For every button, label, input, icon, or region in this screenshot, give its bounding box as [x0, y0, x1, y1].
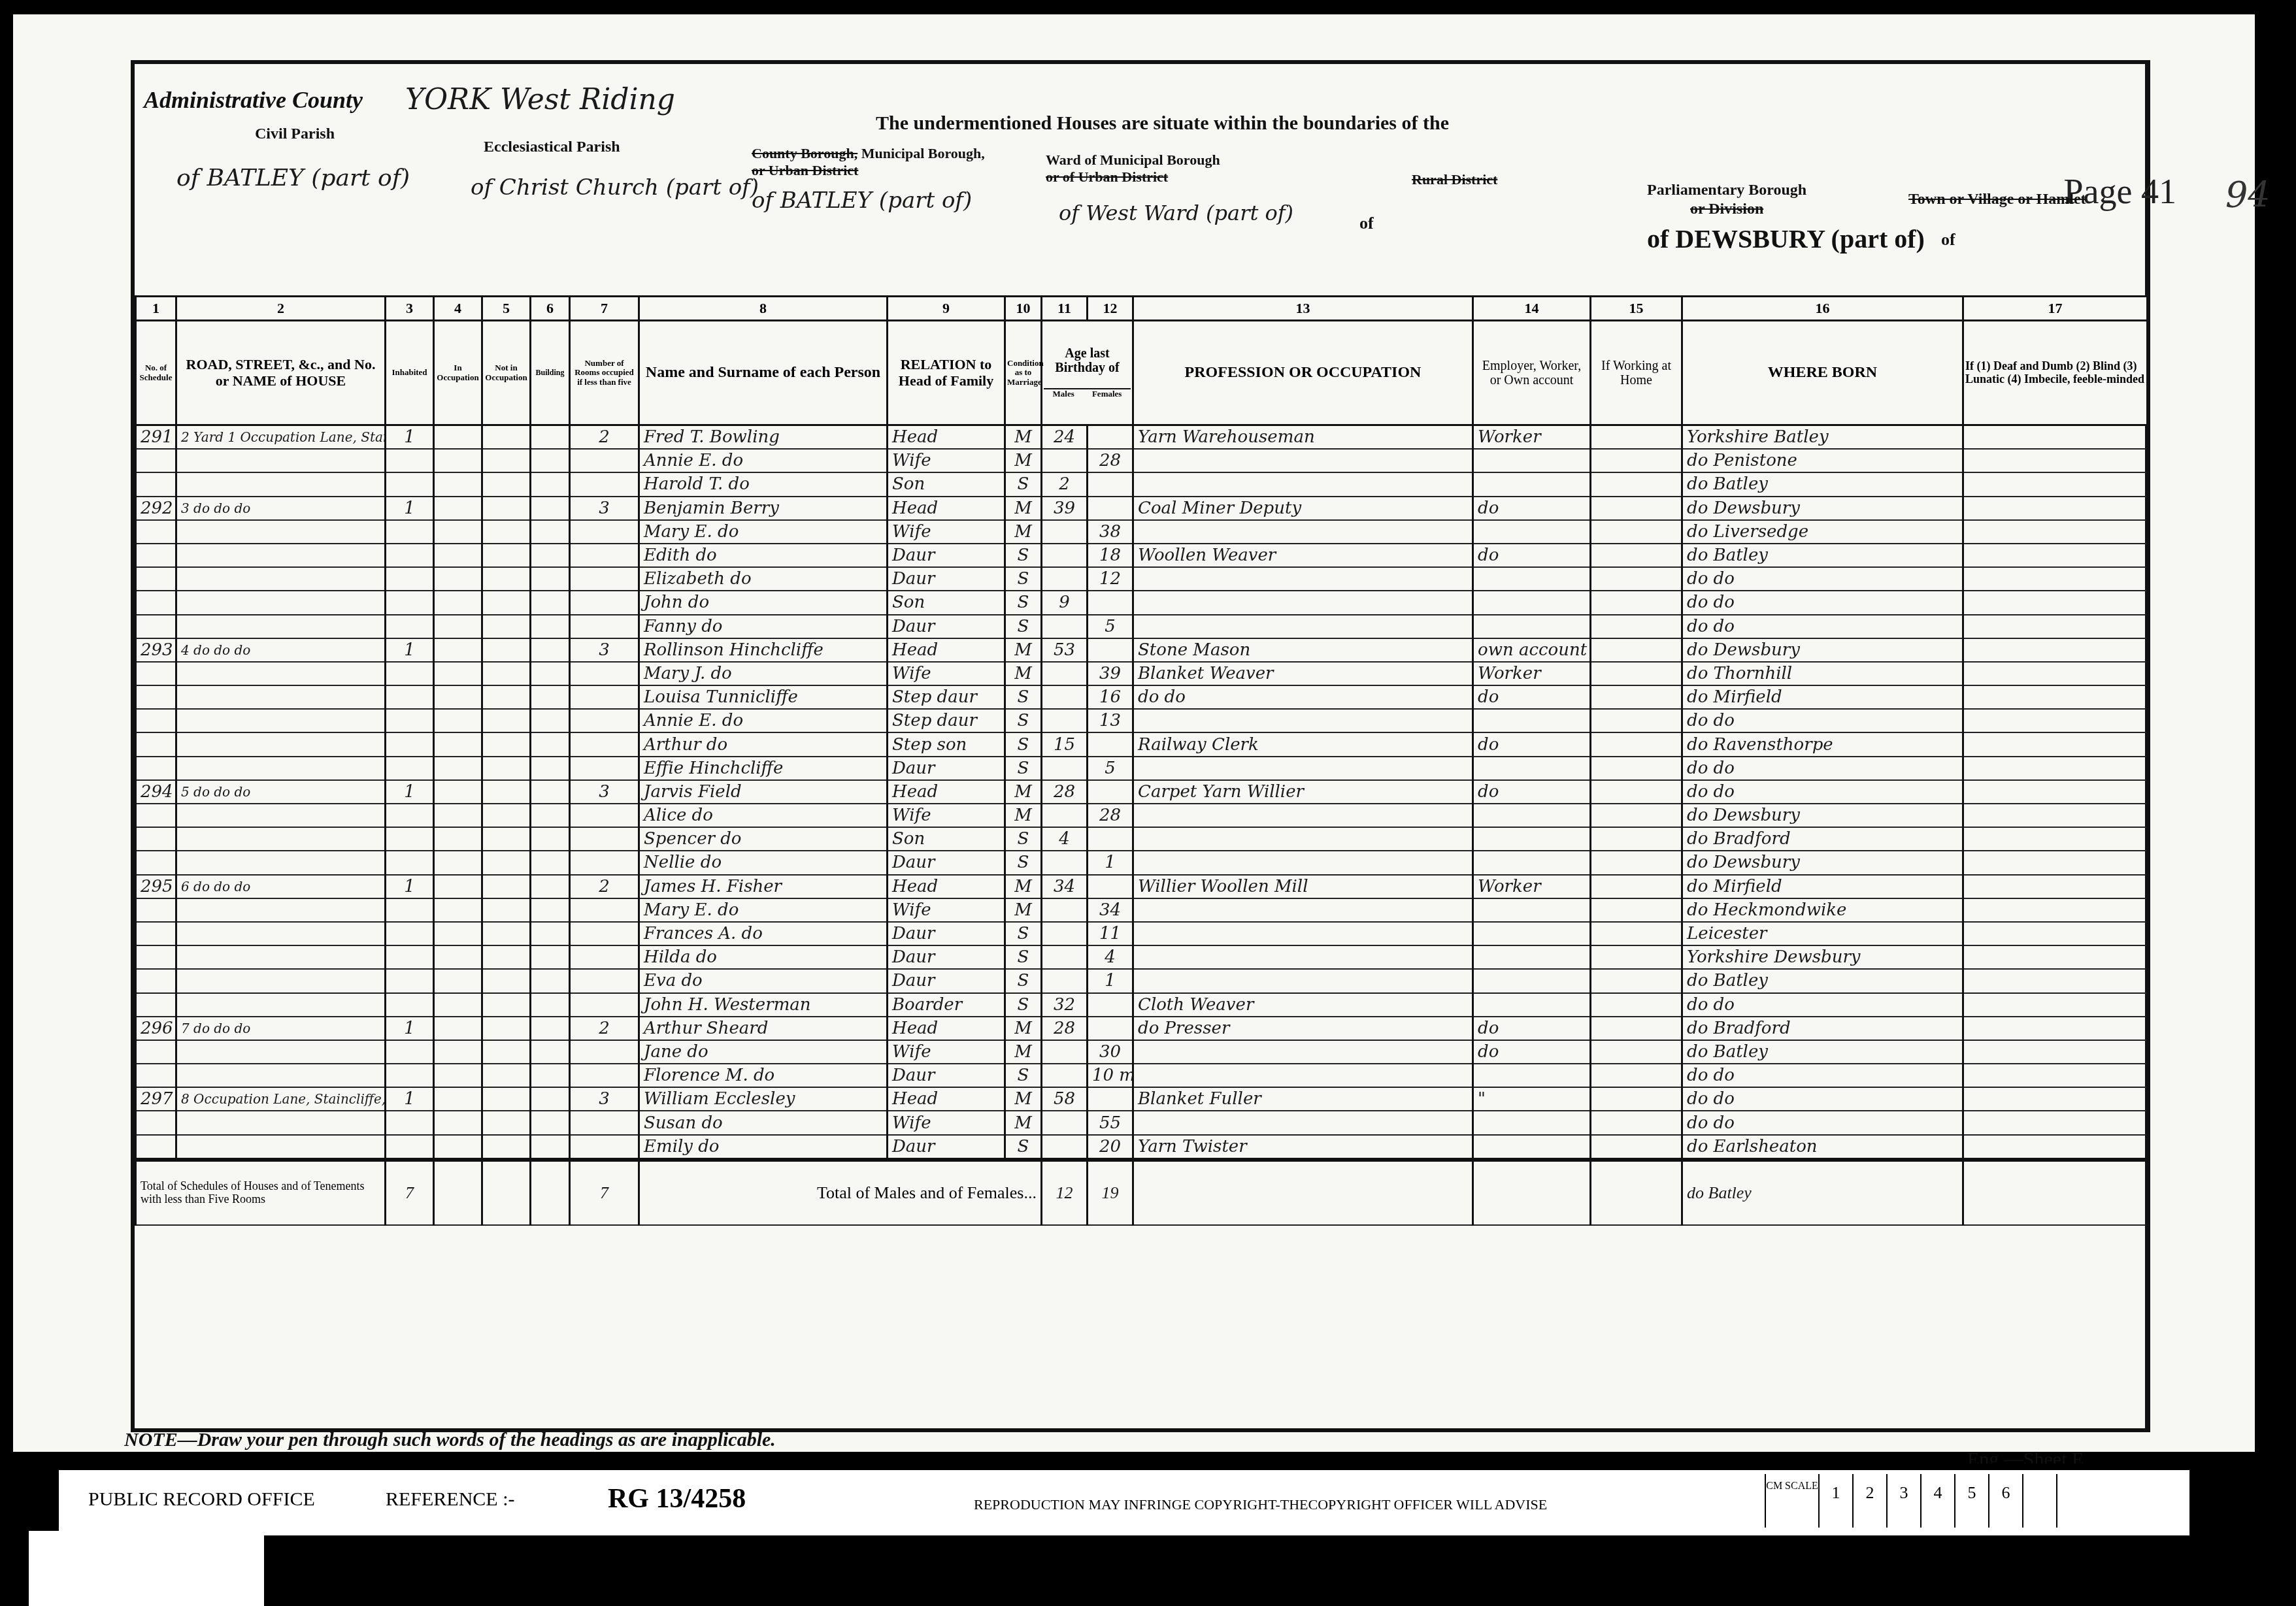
- not-in-occupation-cell: [482, 922, 531, 945]
- male-age-cell: [1042, 685, 1088, 709]
- building-cell: [531, 1111, 570, 1134]
- building-cell: [531, 685, 570, 709]
- employer-cell: Worker: [1473, 425, 1591, 450]
- name-cell: Jane do: [639, 1040, 888, 1064]
- road-cell: [176, 685, 386, 709]
- table-row: 2912 Yard 1 Occupation Lane, Staincliffe…: [136, 425, 2148, 450]
- infirmity-cell: [1963, 969, 2148, 992]
- scale-tick: 2: [1854, 1474, 1888, 1528]
- working-home-cell: [1591, 945, 1682, 969]
- relation-cell: Daur: [888, 615, 1005, 638]
- census-table-container: 1 2 3 4 5 6 7 8 9 10 11 12 13 14 15 16 1: [135, 295, 2146, 1367]
- where-born-cell: do Batley: [1682, 1040, 1963, 1064]
- infirmity-cell: [1963, 1017, 2148, 1040]
- relation-cell: Wife: [888, 1040, 1005, 1064]
- inhabited-cell: [386, 804, 434, 827]
- male-age-cell: [1042, 1135, 1088, 1160]
- rooms-cell: [570, 662, 639, 685]
- working-home-cell: [1591, 922, 1682, 945]
- road-cell: [176, 709, 386, 732]
- table-row: Mary E. doWifeM34do Heckmondwike: [136, 898, 2148, 922]
- rooms-cell: [570, 472, 639, 496]
- building-cell: [531, 1017, 570, 1040]
- condition-cell: M: [1005, 1087, 1042, 1111]
- employer-header: Employer, Worker, or Own account: [1473, 321, 1591, 425]
- road-cell: [176, 615, 386, 638]
- male-age-cell: [1042, 1064, 1088, 1087]
- working-home-cell: [1591, 1135, 1682, 1160]
- occupation-cell: [1133, 922, 1473, 945]
- in-occupation-cell: [434, 709, 482, 732]
- schedule-cell: 297: [136, 1087, 176, 1111]
- male-age-cell: [1042, 544, 1088, 567]
- table-row: Hilda doDaurS4Yorkshire Dewsbury: [136, 945, 2148, 969]
- reference-label: REFERENCE :-: [386, 1488, 515, 1511]
- in-occupation-cell: [434, 472, 482, 496]
- infirmity-cell: [1963, 804, 2148, 827]
- in-occupation-cell: [434, 757, 482, 780]
- col-number: 10: [1005, 297, 1042, 321]
- in-occupation-cell: [434, 685, 482, 709]
- condition-cell: M: [1005, 1040, 1042, 1064]
- not-in-occupation-cell: [482, 709, 531, 732]
- not-in-occupation-cell: [482, 804, 531, 827]
- relation-header: RELATION to Head of Family: [888, 321, 1005, 425]
- road-cell: [176, 1135, 386, 1160]
- working-home-cell: [1591, 425, 1682, 450]
- civil-parish-value: of BATLEY (part of): [176, 165, 410, 191]
- working-home-cell: [1591, 1040, 1682, 1064]
- inhabited-cell: [386, 757, 434, 780]
- employer-cell: [1473, 922, 1591, 945]
- admin-county-label: Administrative County: [144, 86, 363, 114]
- table-row: Effie HinchcliffeDaurS5do do: [136, 757, 2148, 780]
- working-home-cell: [1591, 1064, 1682, 1087]
- not-in-occupation-cell: [482, 449, 531, 472]
- name-cell: Benjamin Berry: [639, 497, 888, 520]
- relation-cell: Wife: [888, 1111, 1005, 1134]
- condition-cell: S: [1005, 732, 1042, 756]
- male-age-cell: [1042, 945, 1088, 969]
- rooms-cell: [570, 685, 639, 709]
- schedule-cell: [136, 945, 176, 969]
- rooms-cell: [570, 969, 639, 992]
- schedule-cell: 295: [136, 875, 176, 898]
- occupation-cell: Blanket Fuller: [1133, 1087, 1473, 1111]
- occupation-cell: do do: [1133, 685, 1473, 709]
- condition-cell: S: [1005, 685, 1042, 709]
- col-number: 6: [531, 297, 570, 321]
- in-occupation-cell: [434, 945, 482, 969]
- working-home-cell: [1591, 898, 1682, 922]
- condition-cell: M: [1005, 497, 1042, 520]
- occupation-cell: Carpet Yarn Willier: [1133, 780, 1473, 804]
- table-row: Fanny doDaurS5do do: [136, 615, 2148, 638]
- name-cell: Susan do: [639, 1111, 888, 1134]
- in-occupation-cell: [434, 591, 482, 614]
- employer-cell: [1473, 615, 1591, 638]
- in-occupation-cell: [434, 425, 482, 450]
- building-cell: [531, 851, 570, 874]
- borough-label: County Borough, Municipal Borough,or Urb…: [752, 145, 985, 180]
- table-row: Edith doDaurS18Woollen Weaverdodo Batley: [136, 544, 2148, 567]
- where-born-cell: do Bradford: [1682, 1017, 1963, 1040]
- building-cell: [531, 945, 570, 969]
- rooms-cell: [570, 1111, 639, 1134]
- building-cell: [531, 993, 570, 1017]
- infirmity-cell: [1963, 1040, 2148, 1064]
- occupation-cell: [1133, 472, 1473, 496]
- relation-cell: Wife: [888, 449, 1005, 472]
- in-occupation-cell: [434, 732, 482, 756]
- occupation-cell: Blanket Weaver: [1133, 662, 1473, 685]
- male-age-cell: [1042, 1111, 1088, 1134]
- inhabited-cell: 1: [386, 638, 434, 662]
- employer-cell: [1473, 520, 1591, 544]
- where-born-cell: do Ravensthorpe: [1682, 732, 1963, 756]
- not-in-occupation-cell: [482, 732, 531, 756]
- relation-cell: Daur: [888, 851, 1005, 874]
- condition-cell: S: [1005, 1135, 1042, 1160]
- relation-cell: Head: [888, 638, 1005, 662]
- male-age-cell: [1042, 709, 1088, 732]
- occupation-cell: [1133, 520, 1473, 544]
- where-born-cell: do Earlsheaton: [1682, 1135, 1963, 1160]
- female-age-cell: [1088, 591, 1133, 614]
- infirmity-cell: [1963, 732, 2148, 756]
- employer-cell: [1473, 827, 1591, 851]
- not-in-occupation-cell: [482, 1017, 531, 1040]
- working-home-cell: [1591, 969, 1682, 992]
- schedule-cell: [136, 993, 176, 1017]
- relation-cell: Daur: [888, 922, 1005, 945]
- working-home-cell: [1591, 1087, 1682, 1111]
- infirmity-cell: [1963, 425, 2148, 450]
- condition-cell: M: [1005, 1017, 1042, 1040]
- female-age-cell: 4: [1088, 945, 1133, 969]
- road-cell: [176, 662, 386, 685]
- relation-cell: Wife: [888, 898, 1005, 922]
- male-age-cell: [1042, 520, 1088, 544]
- employer-cell: [1473, 1135, 1591, 1160]
- col-number: 9: [888, 297, 1005, 321]
- relation-cell: Daur: [888, 567, 1005, 591]
- condition-cell: M: [1005, 662, 1042, 685]
- building-cell: [531, 425, 570, 450]
- in-occupation-cell: [434, 497, 482, 520]
- note-text: NOTE—Draw your pen through such words of…: [124, 1429, 776, 1451]
- female-age-cell: 1: [1088, 969, 1133, 992]
- condition-cell: S: [1005, 544, 1042, 567]
- employer-cell: [1473, 757, 1591, 780]
- employer-cell: [1473, 851, 1591, 874]
- condition-cell: S: [1005, 945, 1042, 969]
- condition-cell: S: [1005, 1064, 1042, 1087]
- relation-cell: Son: [888, 472, 1005, 496]
- building-cell: [531, 567, 570, 591]
- in-occupation-cell: [434, 615, 482, 638]
- occupation-cell: [1133, 615, 1473, 638]
- inhabited-cell: [386, 827, 434, 851]
- name-cell: William Ecclesley: [639, 1087, 888, 1111]
- rooms-cell: [570, 804, 639, 827]
- building-cell: [531, 780, 570, 804]
- male-age-cell: 39: [1042, 497, 1088, 520]
- where-born-cell: do Mirfield: [1682, 875, 1963, 898]
- not-in-occupation-cell: [482, 898, 531, 922]
- infirmity-cell: [1963, 709, 2148, 732]
- col-number: 17: [1963, 297, 2148, 321]
- not-in-occupation-cell: [482, 757, 531, 780]
- rooms-cell: [570, 993, 639, 1017]
- rooms-cell: [570, 898, 639, 922]
- inhabited-cell: 1: [386, 497, 434, 520]
- inhabited-header: Inhabited: [386, 321, 434, 425]
- occupation-cell: [1133, 898, 1473, 922]
- employer-cell: do: [1473, 685, 1591, 709]
- table-row: 2923 do do do13Benjamin BerryHeadM39Coal…: [136, 497, 2148, 520]
- condition-cell: S: [1005, 993, 1042, 1017]
- name-header: Name and Surname of each Person: [639, 321, 888, 425]
- building-cell: [531, 804, 570, 827]
- schedule-cell: [136, 827, 176, 851]
- page-number: 41: [2141, 172, 2176, 211]
- road-cell: [176, 945, 386, 969]
- working-home-cell: [1591, 804, 1682, 827]
- in-occupation-cell: [434, 969, 482, 992]
- in-occupation-cell: [434, 1135, 482, 1160]
- relation-cell: Daur: [888, 945, 1005, 969]
- building-cell: [531, 544, 570, 567]
- in-occupation-cell: [434, 993, 482, 1017]
- in-occupation-cell: [434, 827, 482, 851]
- building-cell: [531, 449, 570, 472]
- male-age-cell: 2: [1042, 472, 1088, 496]
- infirmity-cell: [1963, 591, 2148, 614]
- male-age-cell: [1042, 757, 1088, 780]
- male-age-cell: 58: [1042, 1087, 1088, 1111]
- not-in-occupation-cell: [482, 780, 531, 804]
- rooms-cell: [570, 851, 639, 874]
- table-row: Arthur doStep sonS15Railway Clerkdodo Ra…: [136, 732, 2148, 756]
- in-occupation-cell: [434, 544, 482, 567]
- admin-county-value: YORK West Riding: [405, 83, 675, 116]
- in-occupation-cell: [434, 875, 482, 898]
- in-occupation-cell: [434, 662, 482, 685]
- male-age-cell: 28: [1042, 780, 1088, 804]
- in-occupation-cell: [434, 567, 482, 591]
- road-cell: [176, 757, 386, 780]
- employer-cell: [1473, 591, 1591, 614]
- table-row: 2945 do do do13Jarvis FieldHeadM28Carpet…: [136, 780, 2148, 804]
- relation-cell: Head: [888, 875, 1005, 898]
- rooms-cell: [570, 945, 639, 969]
- rooms-cell: [570, 520, 639, 544]
- relation-cell: Daur: [888, 1135, 1005, 1160]
- building-cell: [531, 969, 570, 992]
- male-age-cell: [1042, 898, 1088, 922]
- schedule-cell: [136, 615, 176, 638]
- col-number: 13: [1133, 297, 1473, 321]
- relation-cell: Boarder: [888, 993, 1005, 1017]
- road-cell: [176, 969, 386, 992]
- road-cell: 2 Yard 1 Occupation Lane, Staincliffe, D…: [176, 425, 386, 450]
- not-in-occupation-cell: [482, 662, 531, 685]
- schedule-cell: [136, 567, 176, 591]
- not-in-occupation-cell: [482, 472, 531, 496]
- name-cell: Mary J. do: [639, 662, 888, 685]
- in-occupation-cell: [434, 1087, 482, 1111]
- infirmity-cell: [1963, 757, 2148, 780]
- building-cell: [531, 875, 570, 898]
- relation-cell: Daur: [888, 757, 1005, 780]
- where-born-cell: do Liversedge: [1682, 520, 1963, 544]
- table-row: Emily doDaurS20Yarn Twisterdo Earlsheato…: [136, 1135, 2148, 1160]
- not-in-occupation-cell: [482, 945, 531, 969]
- col-number: 5: [482, 297, 531, 321]
- condition-cell: S: [1005, 827, 1042, 851]
- totals-row: Total of Schedules of Houses and of Tene…: [136, 1160, 2148, 1225]
- inhabited-cell: [386, 709, 434, 732]
- employer-cell: do: [1473, 544, 1591, 567]
- table-row: Frances A. doDaurS11Leicester: [136, 922, 2148, 945]
- male-age-cell: [1042, 969, 1088, 992]
- schedule-cell: [136, 544, 176, 567]
- name-cell: Fanny do: [639, 615, 888, 638]
- condition-cell: M: [1005, 520, 1042, 544]
- road-cell: [176, 472, 386, 496]
- where-born-cell: do do: [1682, 1064, 1963, 1087]
- infirmity-cell: [1963, 520, 2148, 544]
- rooms-cell: 3: [570, 638, 639, 662]
- rooms-cell: 3: [570, 497, 639, 520]
- condition-cell: M: [1005, 449, 1042, 472]
- female-age-cell: 5: [1088, 757, 1133, 780]
- working-home-header: If Working at Home: [1591, 321, 1682, 425]
- rooms-cell: [570, 827, 639, 851]
- scale-tick: [2023, 1474, 2057, 1528]
- female-age-cell: 10 mo: [1088, 1064, 1133, 1087]
- occupation-cell: [1133, 591, 1473, 614]
- table-row: Florence M. doDaurS10 modo do: [136, 1064, 2148, 1087]
- road-cell: [176, 1040, 386, 1064]
- table-row: 2934 do do do13Rollinson HinchcliffeHead…: [136, 638, 2148, 662]
- condition-cell: M: [1005, 804, 1042, 827]
- male-age-cell: [1042, 1040, 1088, 1064]
- occupation-cell: Stone Mason: [1133, 638, 1473, 662]
- col-number: 2: [176, 297, 386, 321]
- condition-cell: M: [1005, 898, 1042, 922]
- where-born-cell: do do: [1682, 709, 1963, 732]
- employer-cell: do: [1473, 497, 1591, 520]
- name-cell: Elizabeth do: [639, 567, 888, 591]
- building-cell: [531, 898, 570, 922]
- schedule-header: No. of Schedule: [136, 321, 176, 425]
- road-cell: 3 do do do: [176, 497, 386, 520]
- infirmity-cell: [1963, 1064, 2148, 1087]
- inhabited-cell: [386, 922, 434, 945]
- name-cell: Fred T. Bowling: [639, 425, 888, 450]
- occupation-cell: [1133, 804, 1473, 827]
- table-row: Nellie doDaurS1do Dewsbury: [136, 851, 2148, 874]
- inhabited-cell: [386, 615, 434, 638]
- in-occupation-cell: [434, 804, 482, 827]
- working-home-cell: [1591, 662, 1682, 685]
- rooms-cell: [570, 591, 639, 614]
- schedule-cell: [136, 1135, 176, 1160]
- in-occupation-cell: [434, 1111, 482, 1134]
- working-home-cell: [1591, 875, 1682, 898]
- col-number: 14: [1473, 297, 1591, 321]
- infirmity-cell: [1963, 615, 2148, 638]
- not-in-occupation-cell: [482, 591, 531, 614]
- table-row: 2956 do do do12James H. FisherHeadM34Wil…: [136, 875, 2148, 898]
- female-age-cell: [1088, 472, 1133, 496]
- scale-tick: 1: [1820, 1474, 1854, 1528]
- table-row: 2967 do do do12Arthur SheardHeadM28do Pr…: [136, 1017, 2148, 1040]
- working-home-cell: [1591, 591, 1682, 614]
- in-occupation-cell: [434, 898, 482, 922]
- female-age-cell: 20: [1088, 1135, 1133, 1160]
- road-cell: 4 do do do: [176, 638, 386, 662]
- relation-cell: Wife: [888, 662, 1005, 685]
- column-number-row: 1 2 3 4 5 6 7 8 9 10 11 12 13 14 15 16 1: [136, 297, 2148, 321]
- working-home-cell: [1591, 851, 1682, 874]
- name-cell: Louisa Tunnicliffe: [639, 685, 888, 709]
- where-born-cell: do do: [1682, 1087, 1963, 1111]
- employer-cell: ": [1473, 1087, 1591, 1111]
- working-home-cell: [1591, 449, 1682, 472]
- table-row: Jane doWifeM30dodo Batley: [136, 1040, 2148, 1064]
- female-age-cell: 28: [1088, 449, 1133, 472]
- inhabited-cell: [386, 544, 434, 567]
- age-header: Age last Birthday of Males Females: [1042, 321, 1133, 425]
- name-cell: Edith do: [639, 544, 888, 567]
- archive-footer: PUBLIC RECORD OFFICE REFERENCE :- RG 13/…: [59, 1464, 2189, 1542]
- table-row: Mary E. doWifeM38do Liversedge: [136, 520, 2148, 544]
- where-born-cell: do do: [1682, 615, 1963, 638]
- infirmity-cell: [1963, 638, 2148, 662]
- relation-cell: Head: [888, 497, 1005, 520]
- male-age-cell: [1042, 851, 1088, 874]
- employer-cell: [1473, 898, 1591, 922]
- office-label: PUBLIC RECORD OFFICE: [88, 1488, 315, 1511]
- schedule-cell: [136, 449, 176, 472]
- infirmity-cell: [1963, 993, 2148, 1017]
- name-cell: Arthur do: [639, 732, 888, 756]
- schedule-cell: [136, 922, 176, 945]
- rooms-cell: [570, 1064, 639, 1087]
- schedule-cell: [136, 757, 176, 780]
- table-row: Susan doWifeM55do do: [136, 1111, 2148, 1134]
- occupation-cell: Yarn Warehouseman: [1133, 425, 1473, 450]
- in-occupation-cell: [434, 638, 482, 662]
- not-in-occupation-cell: [482, 993, 531, 1017]
- schedule-cell: [136, 1064, 176, 1087]
- relation-cell: Head: [888, 1017, 1005, 1040]
- females-subheader: Females: [1092, 389, 1122, 399]
- schedule-cell: [136, 685, 176, 709]
- col-number: 4: [434, 297, 482, 321]
- working-home-cell: [1591, 472, 1682, 496]
- relation-cell: Head: [888, 780, 1005, 804]
- occupation-cell: [1133, 709, 1473, 732]
- schedule-cell: 292: [136, 497, 176, 520]
- working-home-cell: [1591, 732, 1682, 756]
- relation-cell: Son: [888, 591, 1005, 614]
- not-in-occupation-cell: [482, 1087, 531, 1111]
- working-home-cell: [1591, 567, 1682, 591]
